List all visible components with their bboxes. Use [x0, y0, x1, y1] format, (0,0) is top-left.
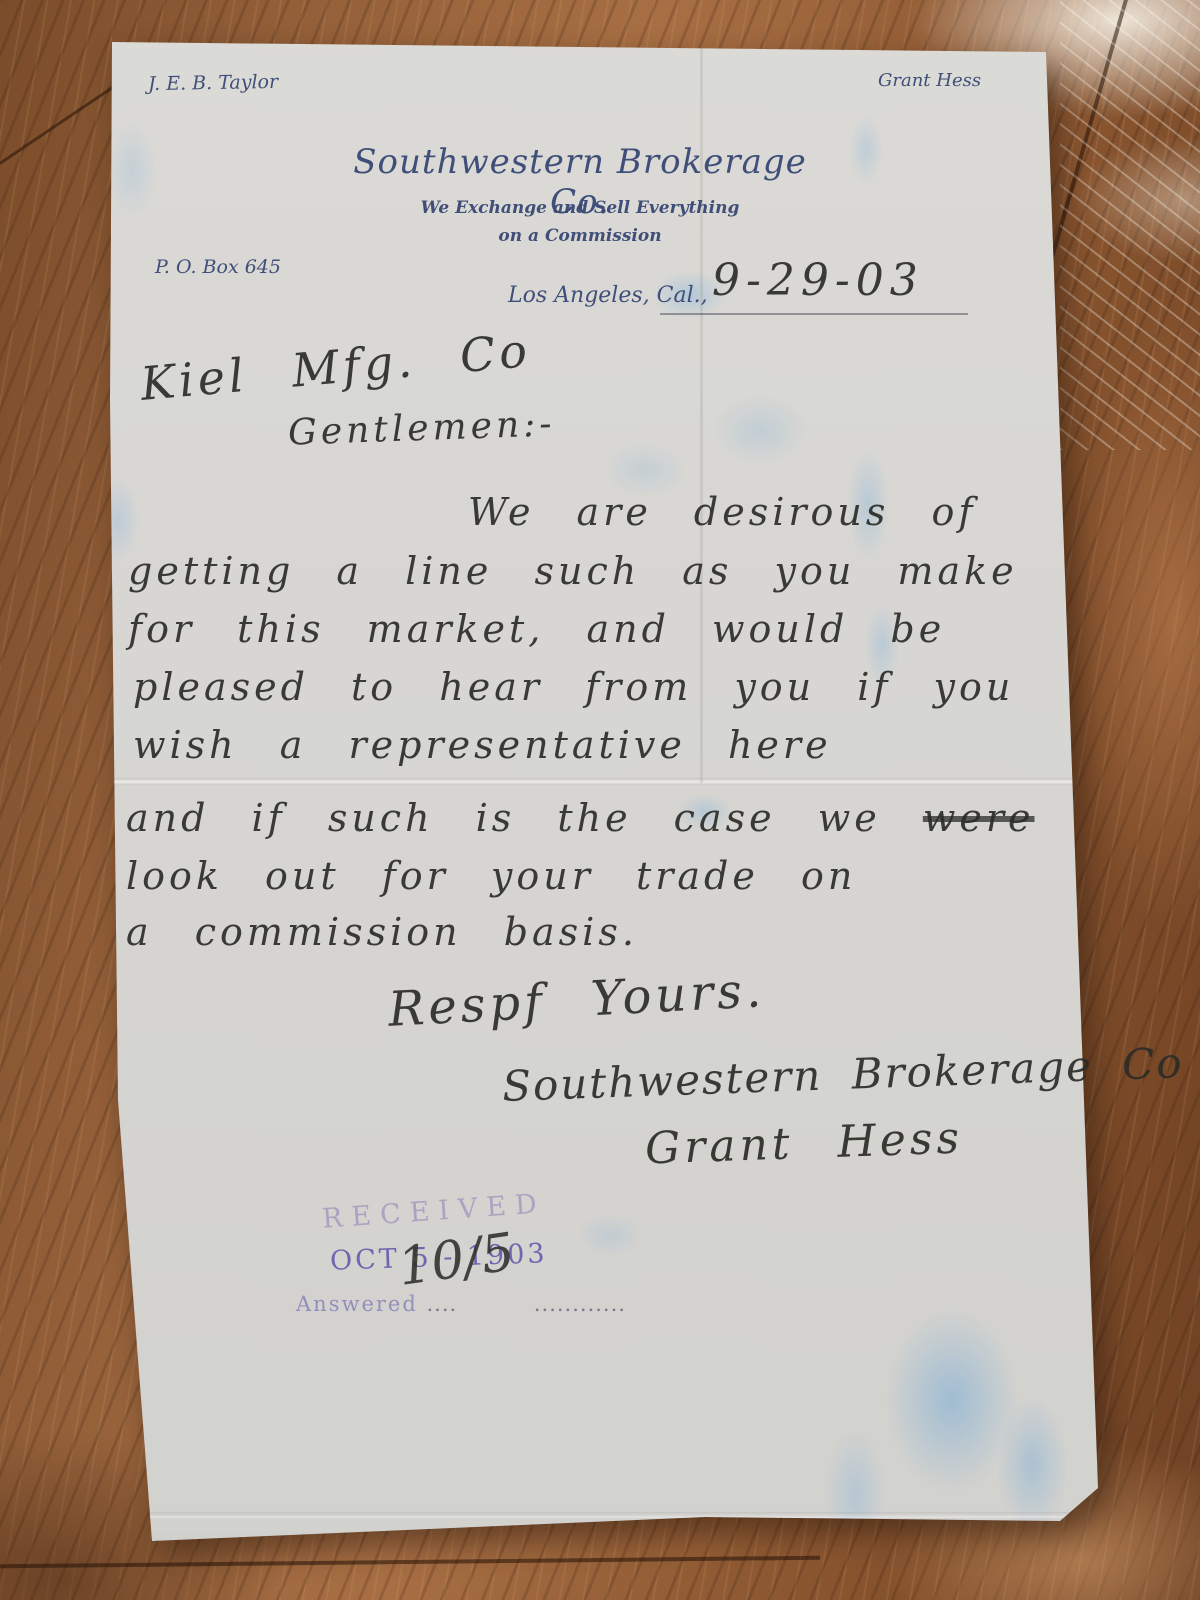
body-line: getting a line such as you make — [128, 549, 1018, 593]
horizontal-fold-crease — [112, 778, 1100, 785]
answered-leader-dots: .... — [426, 1292, 457, 1316]
letterhead-tagline-line1: We Exchange and Sell Everything — [345, 198, 815, 218]
answered-label: Answered — [296, 1292, 418, 1316]
photo-of-letter: J. E. B. Taylor Grant Hess Southwestern … — [0, 0, 1200, 1600]
body-line-text: and if such is the case we — [126, 796, 881, 840]
body-line: for this market, and would be — [128, 607, 945, 651]
answered-stamp-line: Answered .... ............ — [296, 1292, 626, 1316]
body-line: pleased to hear from you if you — [133, 665, 1014, 709]
body-line: wish a representative here — [133, 723, 832, 767]
body-line: a commission basis. — [126, 910, 638, 954]
letterhead-dateline-place: Los Angeles, Cal., — [508, 283, 708, 308]
body-line: We are desirous of — [468, 490, 976, 534]
struck-out-word: were — [923, 796, 1035, 840]
bottom-fold-crease — [118, 1512, 1098, 1518]
answered-trailer-dots: ............ — [534, 1292, 626, 1316]
dateline-rule — [660, 313, 968, 315]
letterhead-tagline-line2: on a Commission — [345, 226, 815, 246]
body-line: and if such is the case we were — [126, 796, 1034, 840]
letterhead-agent-right: Grant Hess — [878, 70, 981, 91]
letterhead-po-box: P. O. Box 645 — [155, 256, 281, 278]
handwritten-date: 9-29-03 — [712, 255, 924, 306]
body-line: look out for your trade on — [126, 854, 856, 898]
letterhead-agent-left: J. E. B. Taylor — [148, 71, 278, 95]
